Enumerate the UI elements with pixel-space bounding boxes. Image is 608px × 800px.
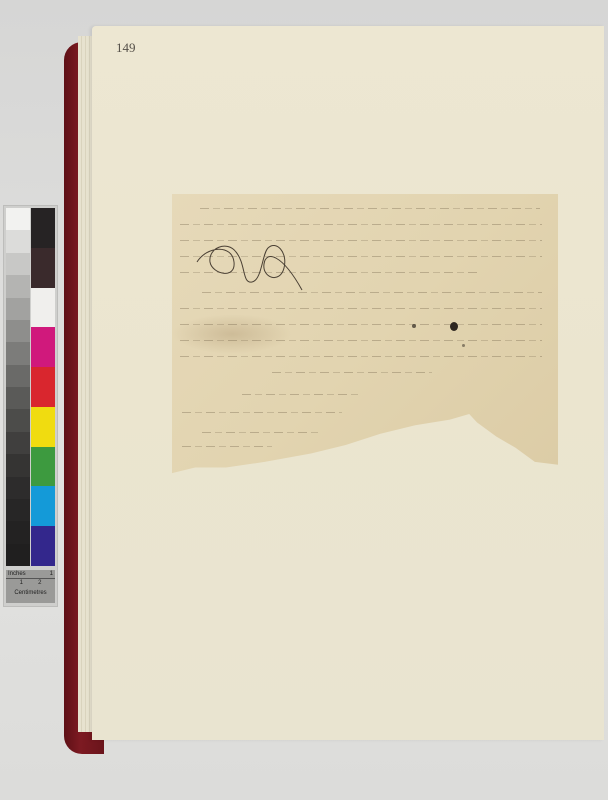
gray-step-9 — [6, 409, 30, 431]
signature-flourish — [192, 234, 312, 294]
script-line — [180, 224, 542, 225]
gray-step-15 — [6, 544, 30, 566]
gray-step-13 — [6, 499, 30, 521]
script-line — [242, 394, 362, 395]
gray-step-10 — [6, 432, 30, 454]
color-patch-green — [31, 447, 55, 487]
page-number: 149 — [116, 40, 136, 56]
script-line — [180, 324, 542, 325]
color-patch-cyan — [31, 486, 55, 526]
inches-label: Inches — [8, 570, 26, 578]
measurement-scale: Inches 1 1 2 Centimetres — [6, 570, 55, 603]
script-line — [180, 340, 542, 341]
book-page: 149 — [92, 26, 604, 740]
script-line — [200, 208, 540, 209]
color-patch-yellow — [31, 407, 55, 447]
water-stain — [172, 314, 292, 354]
grayscale-strip — [6, 208, 30, 566]
ink-blot — [412, 324, 416, 328]
color-patch-black — [31, 208, 55, 248]
gray-step-5 — [6, 320, 30, 342]
gray-step-14 — [6, 521, 30, 543]
script-line — [202, 432, 322, 433]
gray-step-11 — [6, 454, 30, 476]
color-patch-red — [31, 367, 55, 407]
gray-step-7 — [6, 365, 30, 387]
gray-step-0 — [6, 208, 30, 230]
color-calibration-target: Inches 1 1 2 Centimetres — [3, 205, 58, 607]
color-patch-blue — [31, 526, 55, 566]
ink-blot — [450, 322, 458, 331]
script-line — [180, 356, 542, 357]
script-line — [182, 412, 342, 413]
gray-step-6 — [6, 342, 30, 364]
gray-step-12 — [6, 477, 30, 499]
centimetres-label: Centimetres — [6, 589, 55, 597]
cm-mark-2: 2 — [38, 579, 41, 589]
mounted-letter — [172, 194, 558, 476]
script-line — [182, 446, 272, 447]
color-patch-strip — [31, 208, 55, 566]
script-line — [180, 308, 542, 309]
color-patch-magenta — [31, 327, 55, 367]
gray-step-3 — [6, 275, 30, 297]
inch-mark: 1 — [50, 570, 53, 578]
color-patch-dark-brown — [31, 248, 55, 288]
color-patch-white — [31, 288, 55, 328]
cm-mark-1: 1 — [20, 579, 23, 589]
gray-step-1 — [6, 230, 30, 252]
gray-step-4 — [6, 298, 30, 320]
script-line — [272, 372, 432, 373]
gray-step-2 — [6, 253, 30, 275]
gray-step-8 — [6, 387, 30, 409]
ink-blot — [462, 344, 465, 347]
